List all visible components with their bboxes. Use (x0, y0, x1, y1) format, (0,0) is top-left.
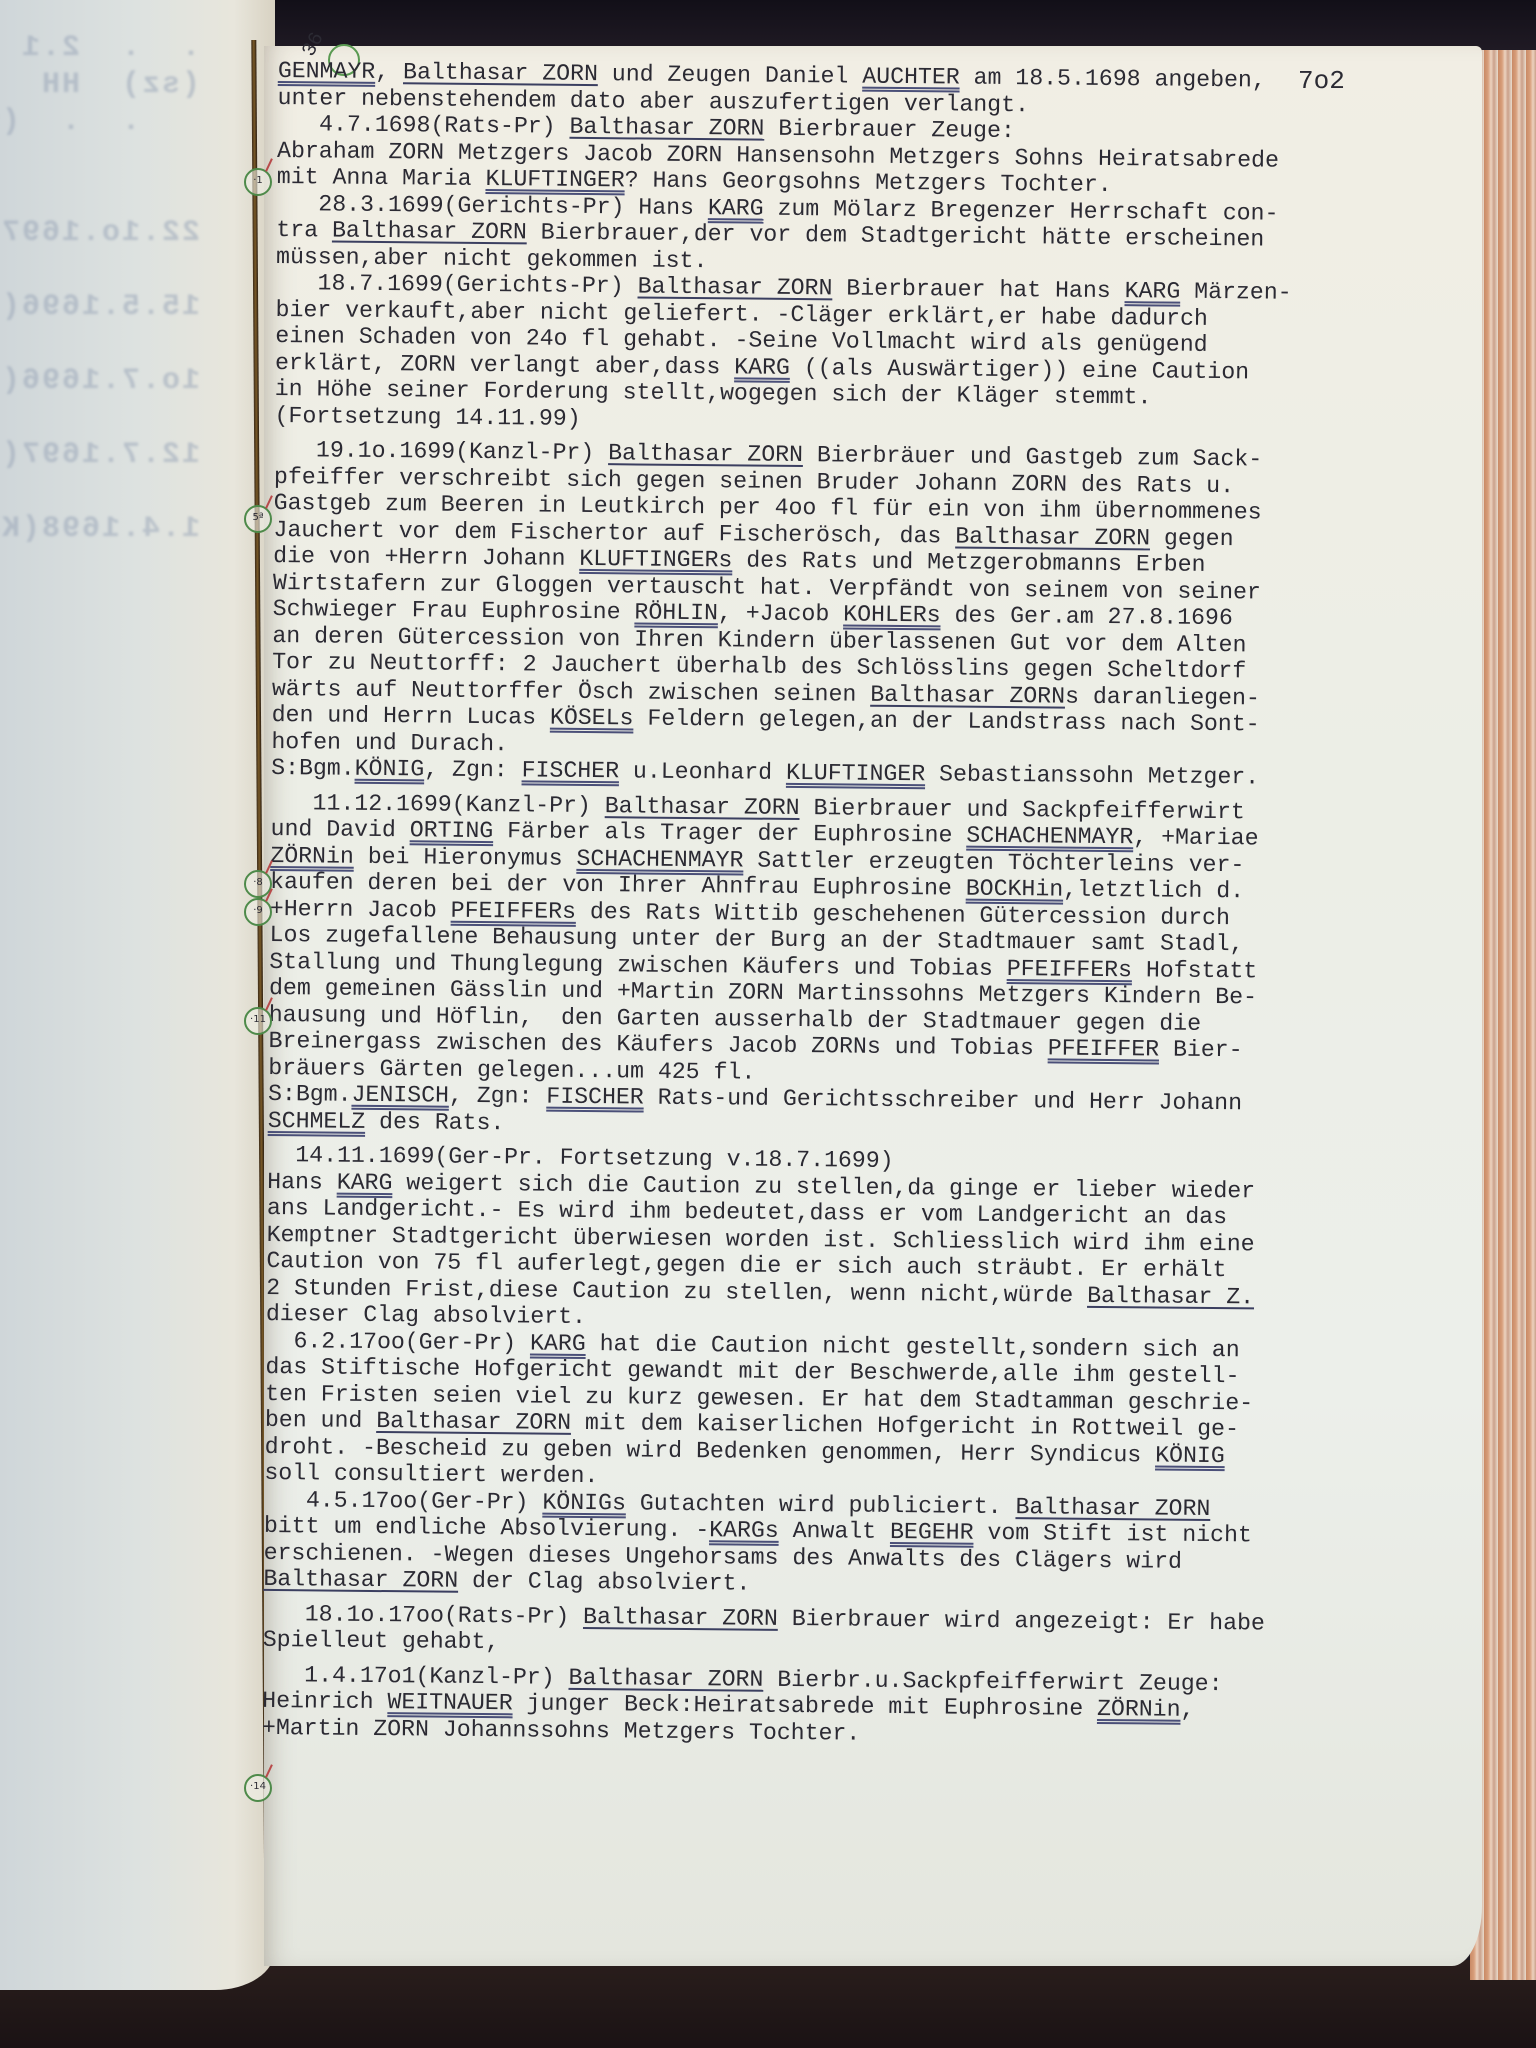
margin-annotation-circle: ·1 (244, 168, 272, 196)
margin-annotation-circle: ·9 (244, 898, 272, 926)
margin-annotation-circle: ·14 (244, 1774, 272, 1802)
facing-left-page: . . 2.1 1.7.1. (sz) HH nx os . . (9381.I… (0, 0, 275, 1990)
typewritten-text: GENMAYR, Balthasar ZORN und Zeugen Danie… (262, 58, 1488, 1753)
bleed-through-text: . . 2.1 1.7.1. (sz) HH nx os . . (9381.I… (0, 30, 240, 585)
